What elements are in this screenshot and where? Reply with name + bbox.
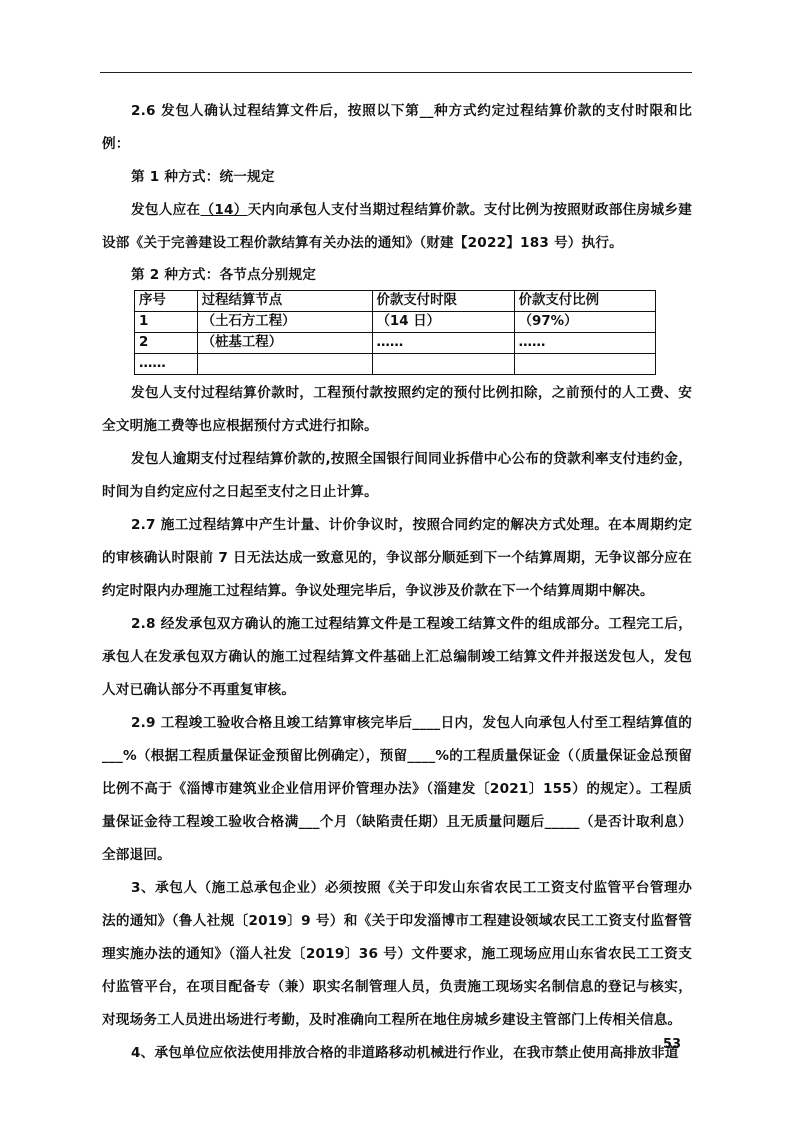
header-rule bbox=[100, 72, 692, 73]
overdue-paragraph: 发包人逾期支付过程结算价款的,按照全国银行间同业拆借中心公布的贷款利率支付违约金… bbox=[102, 443, 692, 509]
table-header: 序号 bbox=[135, 291, 198, 312]
table-cell: （97%） bbox=[514, 312, 655, 333]
table-row: …… bbox=[135, 354, 656, 375]
table-header: 价款支付时限 bbox=[372, 291, 514, 312]
settlement-node-table: 序号 过程结算节点 价款支付时限 价款支付比例 1 （土石方工程） （14 日）… bbox=[134, 290, 656, 375]
paragraph-2-9: 2.9 工程竣工验收合格且竣工结算审核完毕后____日内，发包人向承包人付至工程… bbox=[102, 707, 692, 872]
table-cell bbox=[372, 354, 514, 375]
table-cell: …… bbox=[372, 333, 514, 354]
table-cell: （桩基工程） bbox=[197, 333, 372, 354]
page-number: 53 bbox=[663, 1037, 681, 1052]
table-cell: （土石方工程） bbox=[197, 312, 372, 333]
table-cell bbox=[514, 354, 655, 375]
way-1-text: 发包人应在（14）天内向承包人支付当期过程结算价款。支付比例为按照财政部住房城乡… bbox=[102, 194, 692, 260]
table-header-row: 序号 过程结算节点 价款支付时限 价款支付比例 bbox=[135, 291, 656, 312]
way-1-days: （14） bbox=[200, 202, 247, 218]
paragraph-2-7: 2.7 施工过程结算中产生计量、计价争议时，按照合同约定的解决方式处理。在本周期… bbox=[102, 509, 692, 608]
table-cell bbox=[197, 354, 372, 375]
table-cell: （14 日） bbox=[372, 312, 514, 333]
way-1-title: 第 1 种方式：统一规定 bbox=[102, 161, 692, 194]
table-row: 2 （桩基工程） …… …… bbox=[135, 333, 656, 354]
table-cell: 2 bbox=[135, 333, 198, 354]
paragraph-4: 4、承包单位应依法使用排放合格的非道路移动机械进行作业，在我市禁止使用高排放非道 bbox=[102, 1037, 692, 1070]
table-cell: 1 bbox=[135, 312, 198, 333]
document-body: 2.6 发包人确认过程结算文件后，按照以下第__种方式约定过程结算价款的支付时限… bbox=[102, 95, 692, 1070]
table-header: 过程结算节点 bbox=[197, 291, 372, 312]
table-header: 价款支付比例 bbox=[514, 291, 655, 312]
way-1-pre: 发包人应在 bbox=[131, 202, 200, 218]
table-cell: …… bbox=[135, 354, 198, 375]
paragraph-2-8: 2.8 经发承包双方确认的施工过程结算文件是工程竣工结算文件的组成部分。工程完工… bbox=[102, 608, 692, 707]
table-row: 1 （土石方工程） （14 日） （97%） bbox=[135, 312, 656, 333]
table-cell: …… bbox=[514, 333, 655, 354]
deduction-paragraph: 发包人支付过程结算价款时，工程预付款按照约定的预付比例扣除，之前预付的人工费、安… bbox=[102, 377, 692, 443]
paragraph-3: 3、承包人（施工总承包企业）必须按照《关于印发山东省农民工工资支付监管平台管理办… bbox=[102, 872, 692, 1037]
way-2-title: 第 2 种方式：各节点分别规定 bbox=[102, 260, 692, 290]
paragraph-2-6: 2.6 发包人确认过程结算文件后，按照以下第__种方式约定过程结算价款的支付时限… bbox=[102, 95, 692, 161]
